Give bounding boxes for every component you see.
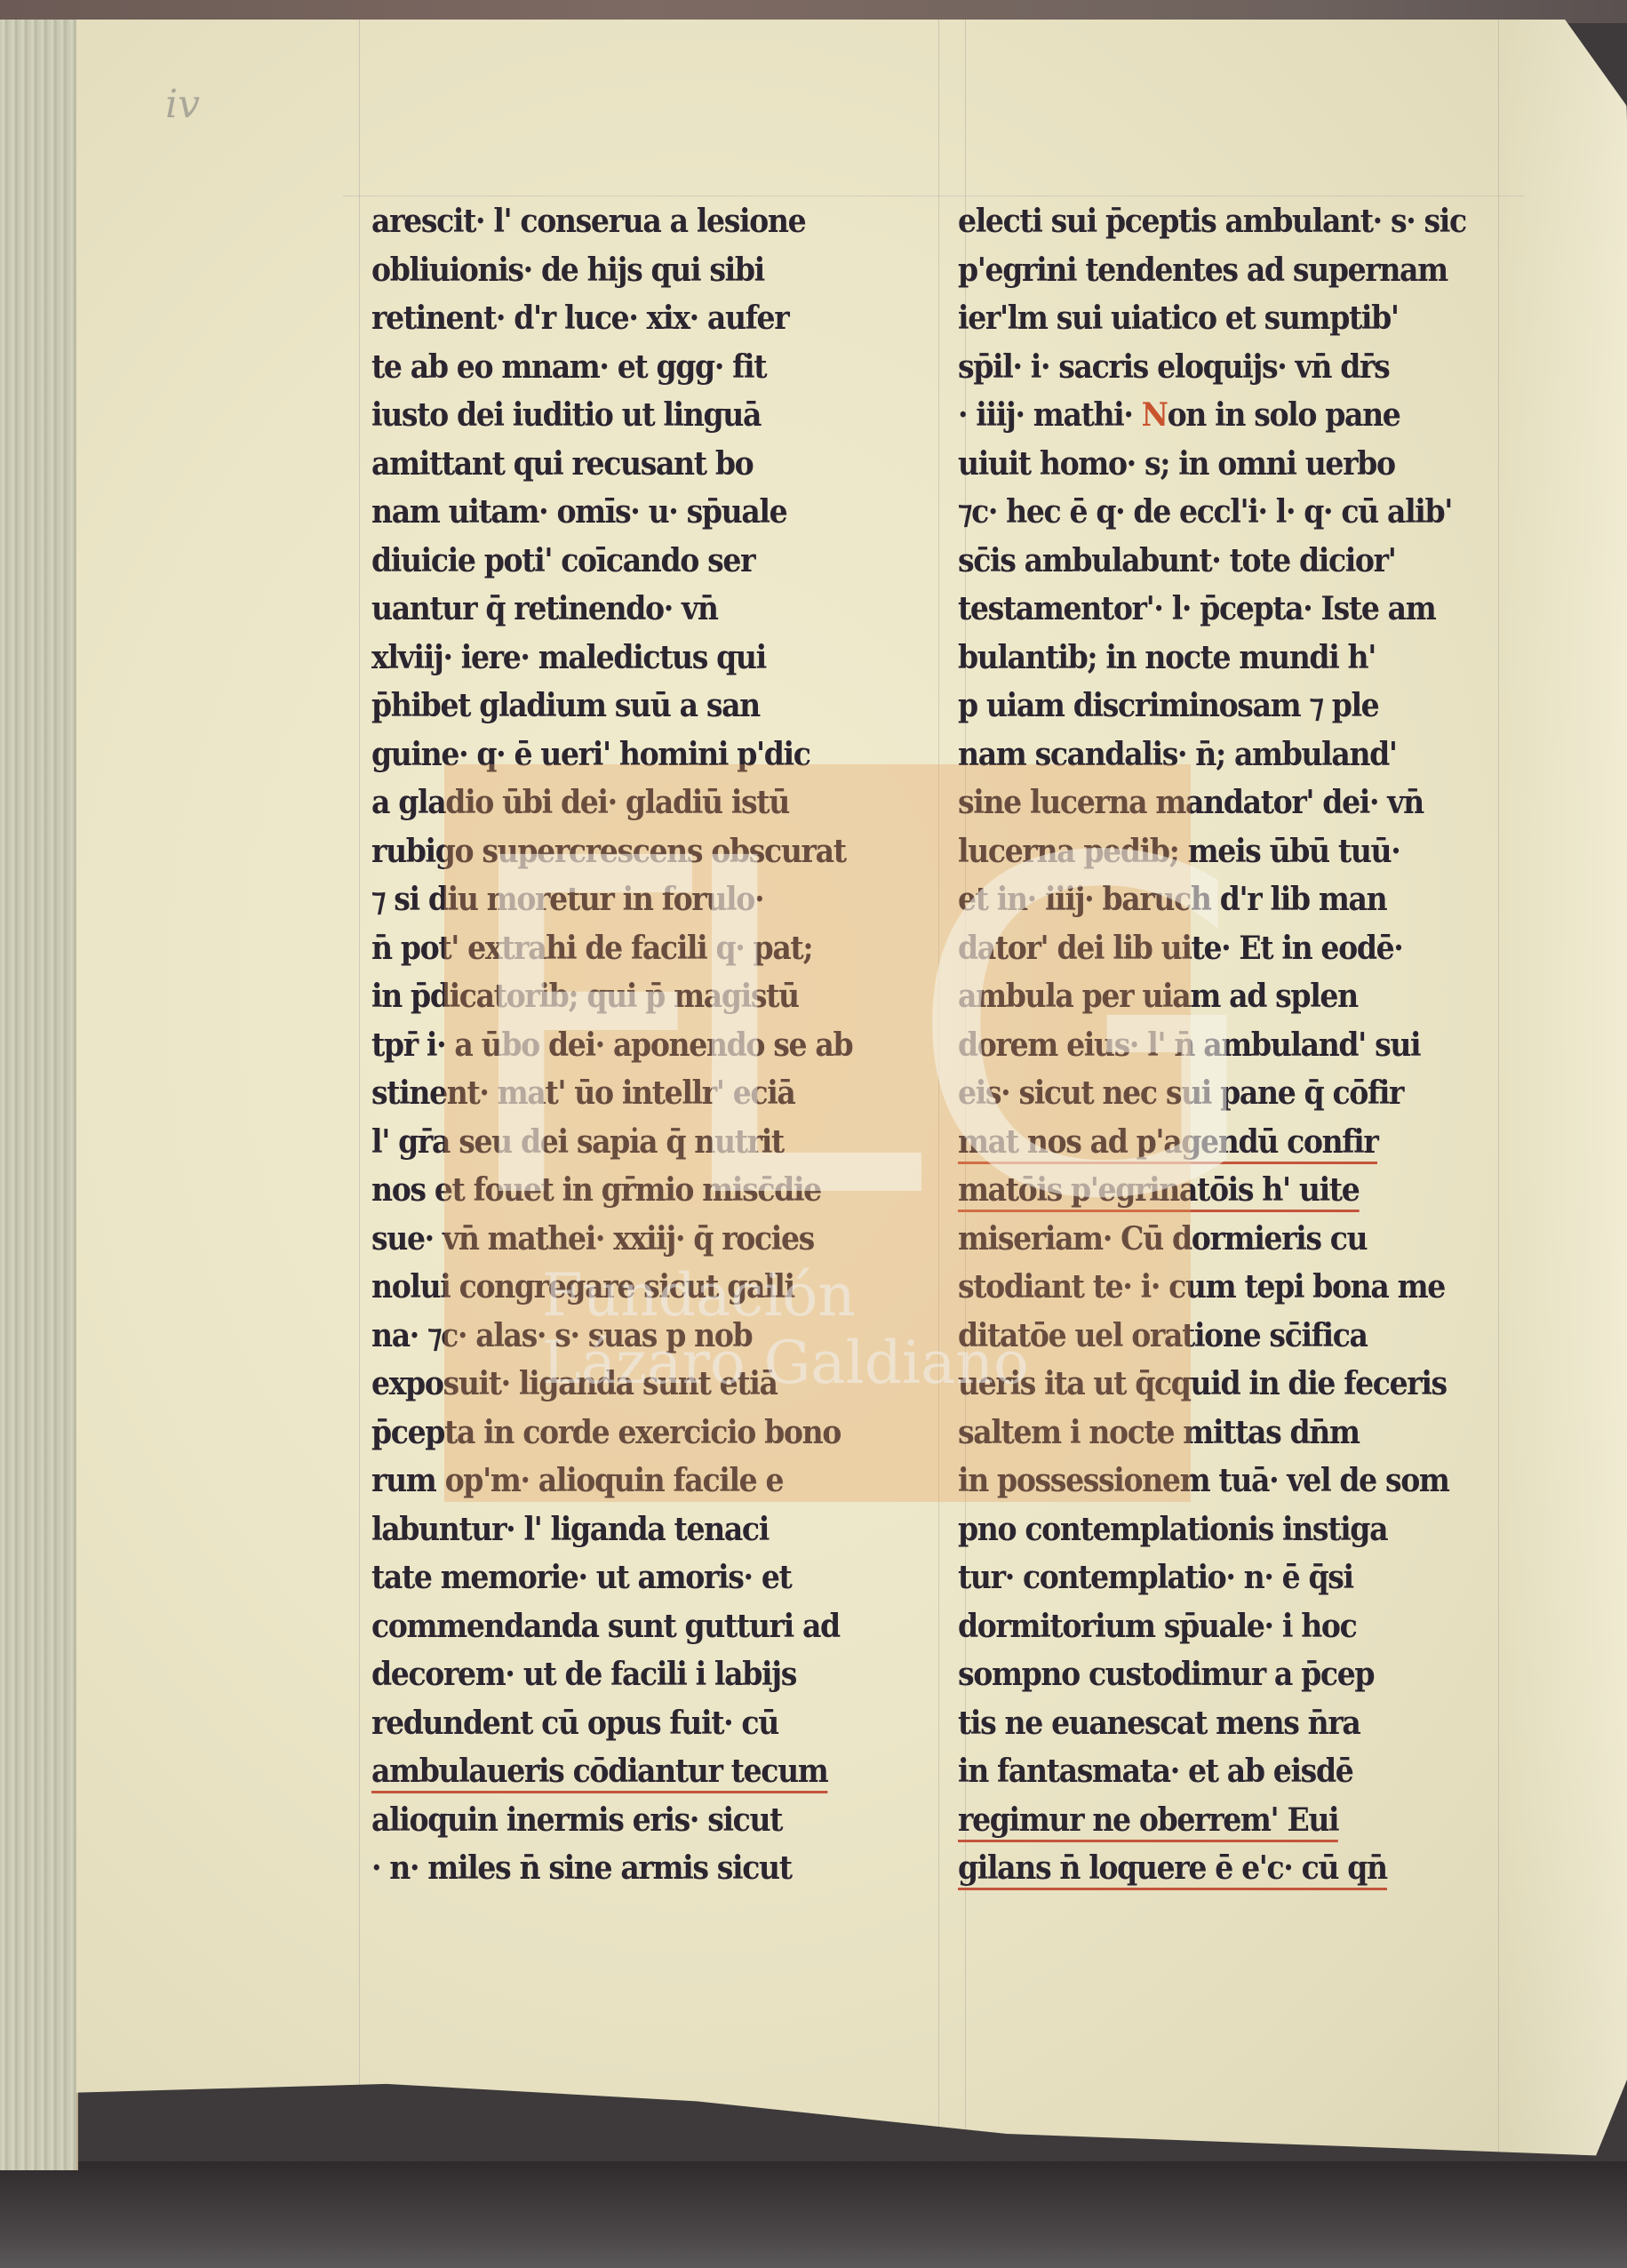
manuscript-line: commendanda sunt gutturi ad [371, 1602, 862, 1651]
manuscript-line: l' gr̄a seu dei sapi̇a q̄ nutrit [371, 1118, 862, 1167]
manuscript-line: labuntur· l' liganda tenaci [371, 1505, 862, 1554]
manuscript-line: ambula per uiam ad splen [958, 972, 1448, 1021]
manuscript-line: p uiam discriminosam ⁊ ple [958, 682, 1448, 731]
photo-backdrop-bottom [0, 2161, 1627, 2268]
manuscript-line: amittant qui recusant bo [371, 440, 862, 489]
manuscript-line: nos et fouet in gr̄mio misc̄die [371, 1166, 862, 1215]
manuscript-line: ditatōe uel oratione sc̄ifica [958, 1312, 1448, 1361]
ruling-line [359, 20, 360, 2152]
manuscript-line: uantur q̄ retinendo· vn̄ [371, 585, 862, 634]
manuscript-line: decorem· ut de facili i labijs [371, 1650, 862, 1699]
manuscript-line: ⁊c· hec ē q· de eccl'i· l· q· cū alib' [958, 488, 1448, 537]
manuscript-line: sompno custodimur a p̄cep [958, 1650, 1448, 1699]
manuscript-line: n̄ pot' extrahi de facili q· pat; [371, 924, 862, 973]
manuscript-line: p̄cepta in corde exercicio bono [371, 1409, 862, 1457]
manuscript-line: xlviij· iere· maledictus qui [371, 634, 862, 683]
manuscript-line: arescit· l' conserua a lesione [371, 197, 862, 246]
manuscript-line: rum op'm· alioquin facile e [371, 1457, 862, 1505]
manuscript-line: obliuionis· de hijs qui sibi [371, 246, 862, 295]
manuscript-line: in p̄dicatorib; qui p̄ magistū [371, 972, 862, 1021]
manuscript-line: diuicie poti' coīcando ser [371, 537, 862, 586]
book-fore-edge [0, 20, 78, 2170]
manuscript-line: ueris ita ut q̄cquid in die feceris [958, 1360, 1448, 1409]
manuscript-line: ambulaueris cōdiantur tecum [371, 1747, 862, 1796]
ruling-line [343, 196, 1525, 196]
text-column-right: electi sui p̄ceptis ambulant· s· sicp'eg… [958, 197, 1491, 1893]
ruling-line [1498, 20, 1499, 2152]
manuscript-line: · iiij· mathi· Non in solo pane [958, 391, 1448, 440]
manuscript-line: nam scandalis· n̄; ambuland' [958, 731, 1448, 779]
manuscript-line: miseriam· Cū dormieris cu [958, 1215, 1448, 1264]
manuscript-line: · n· miles n̄ sine armis sicut [371, 1844, 862, 1893]
manuscript-line: iusto dei iuditio ut linguā [371, 391, 862, 440]
manuscript-line: et in· iiij· baruch d'r lib man [958, 875, 1448, 924]
manuscript-line: regimur ne oberrem' Eui [958, 1796, 1448, 1845]
manuscript-line: p̄hibet gladium suū a san [371, 682, 862, 731]
text-column-left: arescit· l' conserua a lesioneobliuionis… [371, 197, 905, 1893]
manuscript-line: tpr̄ i· a ūbo dei· aponendo se ab [371, 1021, 862, 1070]
manuscript-line: in possessionem tuā· vel de som [958, 1457, 1448, 1505]
manuscript-line: rubigo supercrescens obscurat [371, 827, 862, 876]
manuscript-line: te ab eo mnam· et ggg· fit [371, 343, 862, 392]
folio-mark: iv [165, 82, 200, 127]
manuscript-line: eis· sicut nec sui pane q̄ cōfir [958, 1069, 1448, 1118]
manuscript-line: p'egrini tendentes ad supernam [958, 246, 1448, 295]
manuscript-line: mat nos ad p'agendū confir [958, 1118, 1448, 1167]
ruling-line [938, 20, 939, 2152]
manuscript-line: nam uitam· omīs· u· sp̄uale [371, 488, 862, 537]
manuscript-line: sp̄il· i· sacris eloquijs· vn̄ dr̄s [958, 343, 1448, 392]
manuscript-line: ⁊ si diu moretur in forulo· [371, 875, 862, 924]
manuscript-line: electi sui p̄ceptis ambulant· s· sic [958, 197, 1448, 246]
manuscript-line: dator' dei lib uite· Et in eodē· [958, 924, 1448, 973]
manuscript-line: sine lucerna mandator' dei· vn̄ [958, 779, 1448, 827]
manuscript-line: guine· q· ē ueri' homini p'dic [371, 731, 862, 779]
manuscript-line: stinent· mat' ūo intellr' eciā [371, 1069, 862, 1118]
manuscript-line: retinent· d'r luce· xix· aufer [371, 294, 862, 343]
manuscript-line: a gladio ūbi dei· gladiū istū [371, 779, 862, 827]
manuscript-line: dorem eius· l' n̄ ambuland' sui [958, 1021, 1448, 1070]
manuscript-line: lucerna pedib; meis ūbū tuū· [958, 827, 1448, 876]
manuscript-line: redundent cū opus fuit· cū [371, 1699, 862, 1748]
manuscript-line: in fantasmata· et ab eisdē [958, 1747, 1448, 1796]
manuscript-line: testamentor'· l· p̄cepta· Iste am [958, 585, 1448, 634]
manuscript-line: na· ⁊c· alas· s· suas p nob [371, 1312, 862, 1361]
manuscript-line: gilans n̄ loquere ē e'c· cū qn̄ [958, 1844, 1448, 1893]
manuscript-line: uiuit homo· s; in omni uerbo [958, 440, 1448, 489]
manuscript-line: matōis p'egrinatōis h' uite [958, 1166, 1448, 1215]
manuscript-line: sc̄is ambulabunt· tote dicior' [958, 537, 1448, 586]
manuscript-line: stodiant te· i· cum tepi bona me [958, 1263, 1448, 1312]
manuscript-line: tis ne euanescat mens n̄ra [958, 1699, 1448, 1748]
manuscript-line: nolui congregare sicut galli [371, 1263, 862, 1312]
manuscript-line: dormitorium sp̄uale· i hoc [958, 1602, 1448, 1651]
manuscript-line: sue· vn̄ mathei· xxiij· q̄ rocies [371, 1215, 862, 1264]
manuscript-line: saltem i nocte mittas dn̄m [958, 1409, 1448, 1457]
manuscript-line: pno contemplationis instiga [958, 1505, 1448, 1554]
manuscript-line: alioquin inermis eris· sicut [371, 1796, 862, 1845]
manuscript-line: exposuit· liganda sunt etiā [371, 1360, 862, 1409]
manuscript-line: tur· contemplatio· n· ē q̄si [958, 1553, 1448, 1602]
manuscript-line: ier'lm sui uiatico et sumptib' [958, 294, 1448, 343]
manuscript-line: tate memorie· ut amoris· et [371, 1553, 862, 1602]
red-initial: N [1142, 396, 1168, 434]
manuscript-line: bulantib; in nocte mundi h' [958, 634, 1448, 683]
